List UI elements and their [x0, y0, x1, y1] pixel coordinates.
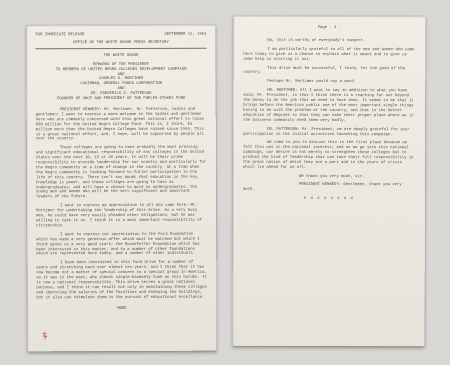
more-continuation-marker: MORE [36, 306, 207, 312]
title-line-patterson-role: FOUNDER OF UNCF AND PRESIDENT OF THE PHE… [36, 97, 207, 103]
speech-paragraph: We came to you to discuss this in the fi… [243, 141, 415, 171]
scanned-document-background: FOR IMMEDIATE RELEASE SEPTEMBER 12, 1963… [0, 0, 450, 365]
speech-paragraph: PRESIDENT KENNEDY: Mr. Mortimer, Dr. Pat… [36, 108, 207, 143]
press-office-line: OFFICE OF THE WHITE HOUSE PRESS SECRETAR… [35, 41, 206, 47]
document-title-block: THE WHITE HOUSE REMARKS OF THE PRESIDENT… [36, 54, 207, 103]
end-of-release-marks: # # # # # # # # [243, 196, 415, 201]
speech-paragraph: This drive must be successful, I think, … [243, 66, 415, 76]
speech-paragraph: MR. MORTIMER: All I want to say in addit… [243, 89, 415, 124]
speech-body-page-1: PRESIDENT KENNEDY: Mr. Mortimer, Dr. Pat… [36, 108, 208, 301]
speech-body-page-2: No, this is worthy of everybody's suppor… [243, 39, 415, 193]
release-header-row: FOR IMMEDIATE RELEASE SEPTEMBER 12, 1963 [35, 33, 206, 39]
press-release-page-1: FOR IMMEDIATE RELEASE SEPTEMBER 12, 1963… [26, 25, 216, 352]
red-pencil-mark [42, 332, 49, 340]
speech-paragraph: I want to express my appreciation to all… [36, 204, 207, 229]
speech-paragraph: Perhaps Mr. Mortimer would say a word. [243, 80, 415, 85]
speech-paragraph: I am particularly grateful to all of the… [243, 48, 415, 63]
page-number-label: Page - 3 - [243, 26, 415, 31]
speech-paragraph: These colleges are going to have probabl… [36, 146, 207, 201]
title-line-white-house: THE WHITE HOUSE [36, 54, 207, 60]
speech-paragraph: No, this is worthy of everybody's suppor… [243, 39, 415, 44]
header-divider [36, 48, 207, 50]
release-type-label: FOR IMMEDIATE RELEASE [35, 33, 84, 38]
press-release-page-2: Page - 3 - No, this is worthy of everybo… [233, 16, 426, 347]
release-date: SEPTEMBER 12, 1963 [164, 33, 206, 38]
speech-paragraph: DR. PATTERSON: Mr. President, we are dee… [243, 127, 415, 137]
speech-paragraph-closing: PRESIDENT KENNEDY: Gentlemen, thank you … [243, 183, 415, 193]
speech-paragraph-thanks: We thank you very much, sir. [243, 175, 415, 180]
speech-paragraph: I have been interested in this fund driv… [36, 261, 207, 301]
speech-paragraph: I want to express our appreciation to th… [36, 233, 207, 258]
